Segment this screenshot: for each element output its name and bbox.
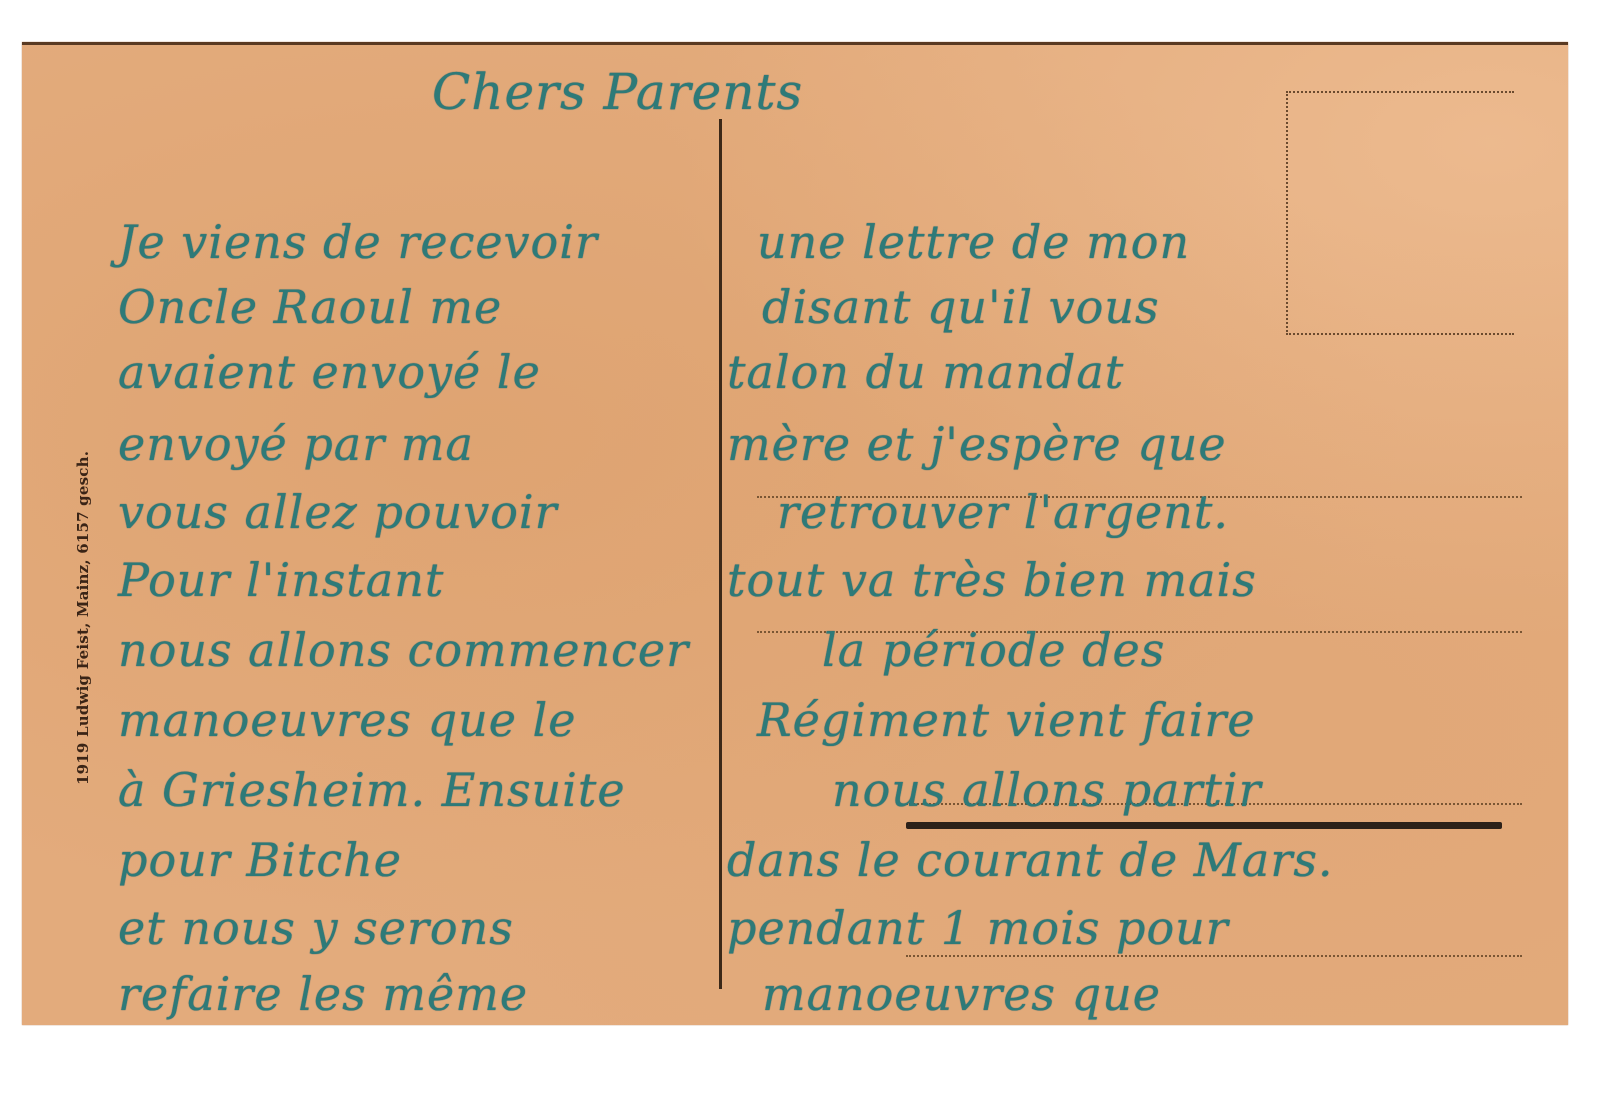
center-divider-line <box>719 119 722 989</box>
greeting: Chers Parents <box>432 63 803 121</box>
right-line-3: talon du mandat <box>727 345 1124 399</box>
right-line-2: disant qu'il vous <box>762 280 1160 334</box>
left-line-4: envoyé par ma <box>118 417 474 471</box>
right-line-4: mère et j'espère que <box>727 417 1227 471</box>
right-line-9: nous allons partir <box>832 763 1262 817</box>
right-line-5: retrouver l'argent. <box>777 485 1229 539</box>
left-line-2: Oncle Raoul me <box>118 280 502 334</box>
left-line-1: Je viens de recevoir <box>118 215 598 269</box>
left-line-7: nous allons commencer <box>118 623 689 677</box>
right-line-11: pendant 1 mois pour <box>727 901 1229 955</box>
left-line-11: et nous y serons <box>118 901 514 955</box>
left-line-9: à Griesheim. Ensuite <box>118 763 626 817</box>
stamp-box <box>1286 91 1514 335</box>
left-line-12: refaire les même <box>118 967 528 1021</box>
address-line-4 <box>906 955 1522 957</box>
right-line-10: dans le courant de Mars. <box>727 833 1334 887</box>
left-line-5: vous allez pouvoir <box>118 485 558 539</box>
left-line-8: manoeuvres que le <box>118 693 577 747</box>
postcard: 1919 Ludwig Feist, Mainz, 6157 gesch. Ch… <box>22 42 1568 1025</box>
right-line-6: tout va très bien mais <box>727 553 1257 607</box>
publisher-imprint: 1919 Ludwig Feist, Mainz, 6157 gesch. <box>74 451 92 785</box>
right-line-8: Régiment vient faire <box>757 693 1256 747</box>
left-line-6: Pour l'instant <box>118 553 444 607</box>
right-line-7: la période des <box>822 623 1165 677</box>
right-line-1: une lettre de mon <box>757 215 1190 269</box>
left-line-3: avaient envoyé le <box>118 345 541 399</box>
right-line-12: manoeuvres que <box>762 967 1161 1021</box>
address-underline-bar <box>906 822 1502 829</box>
left-line-10: pour Bitche <box>118 833 402 887</box>
